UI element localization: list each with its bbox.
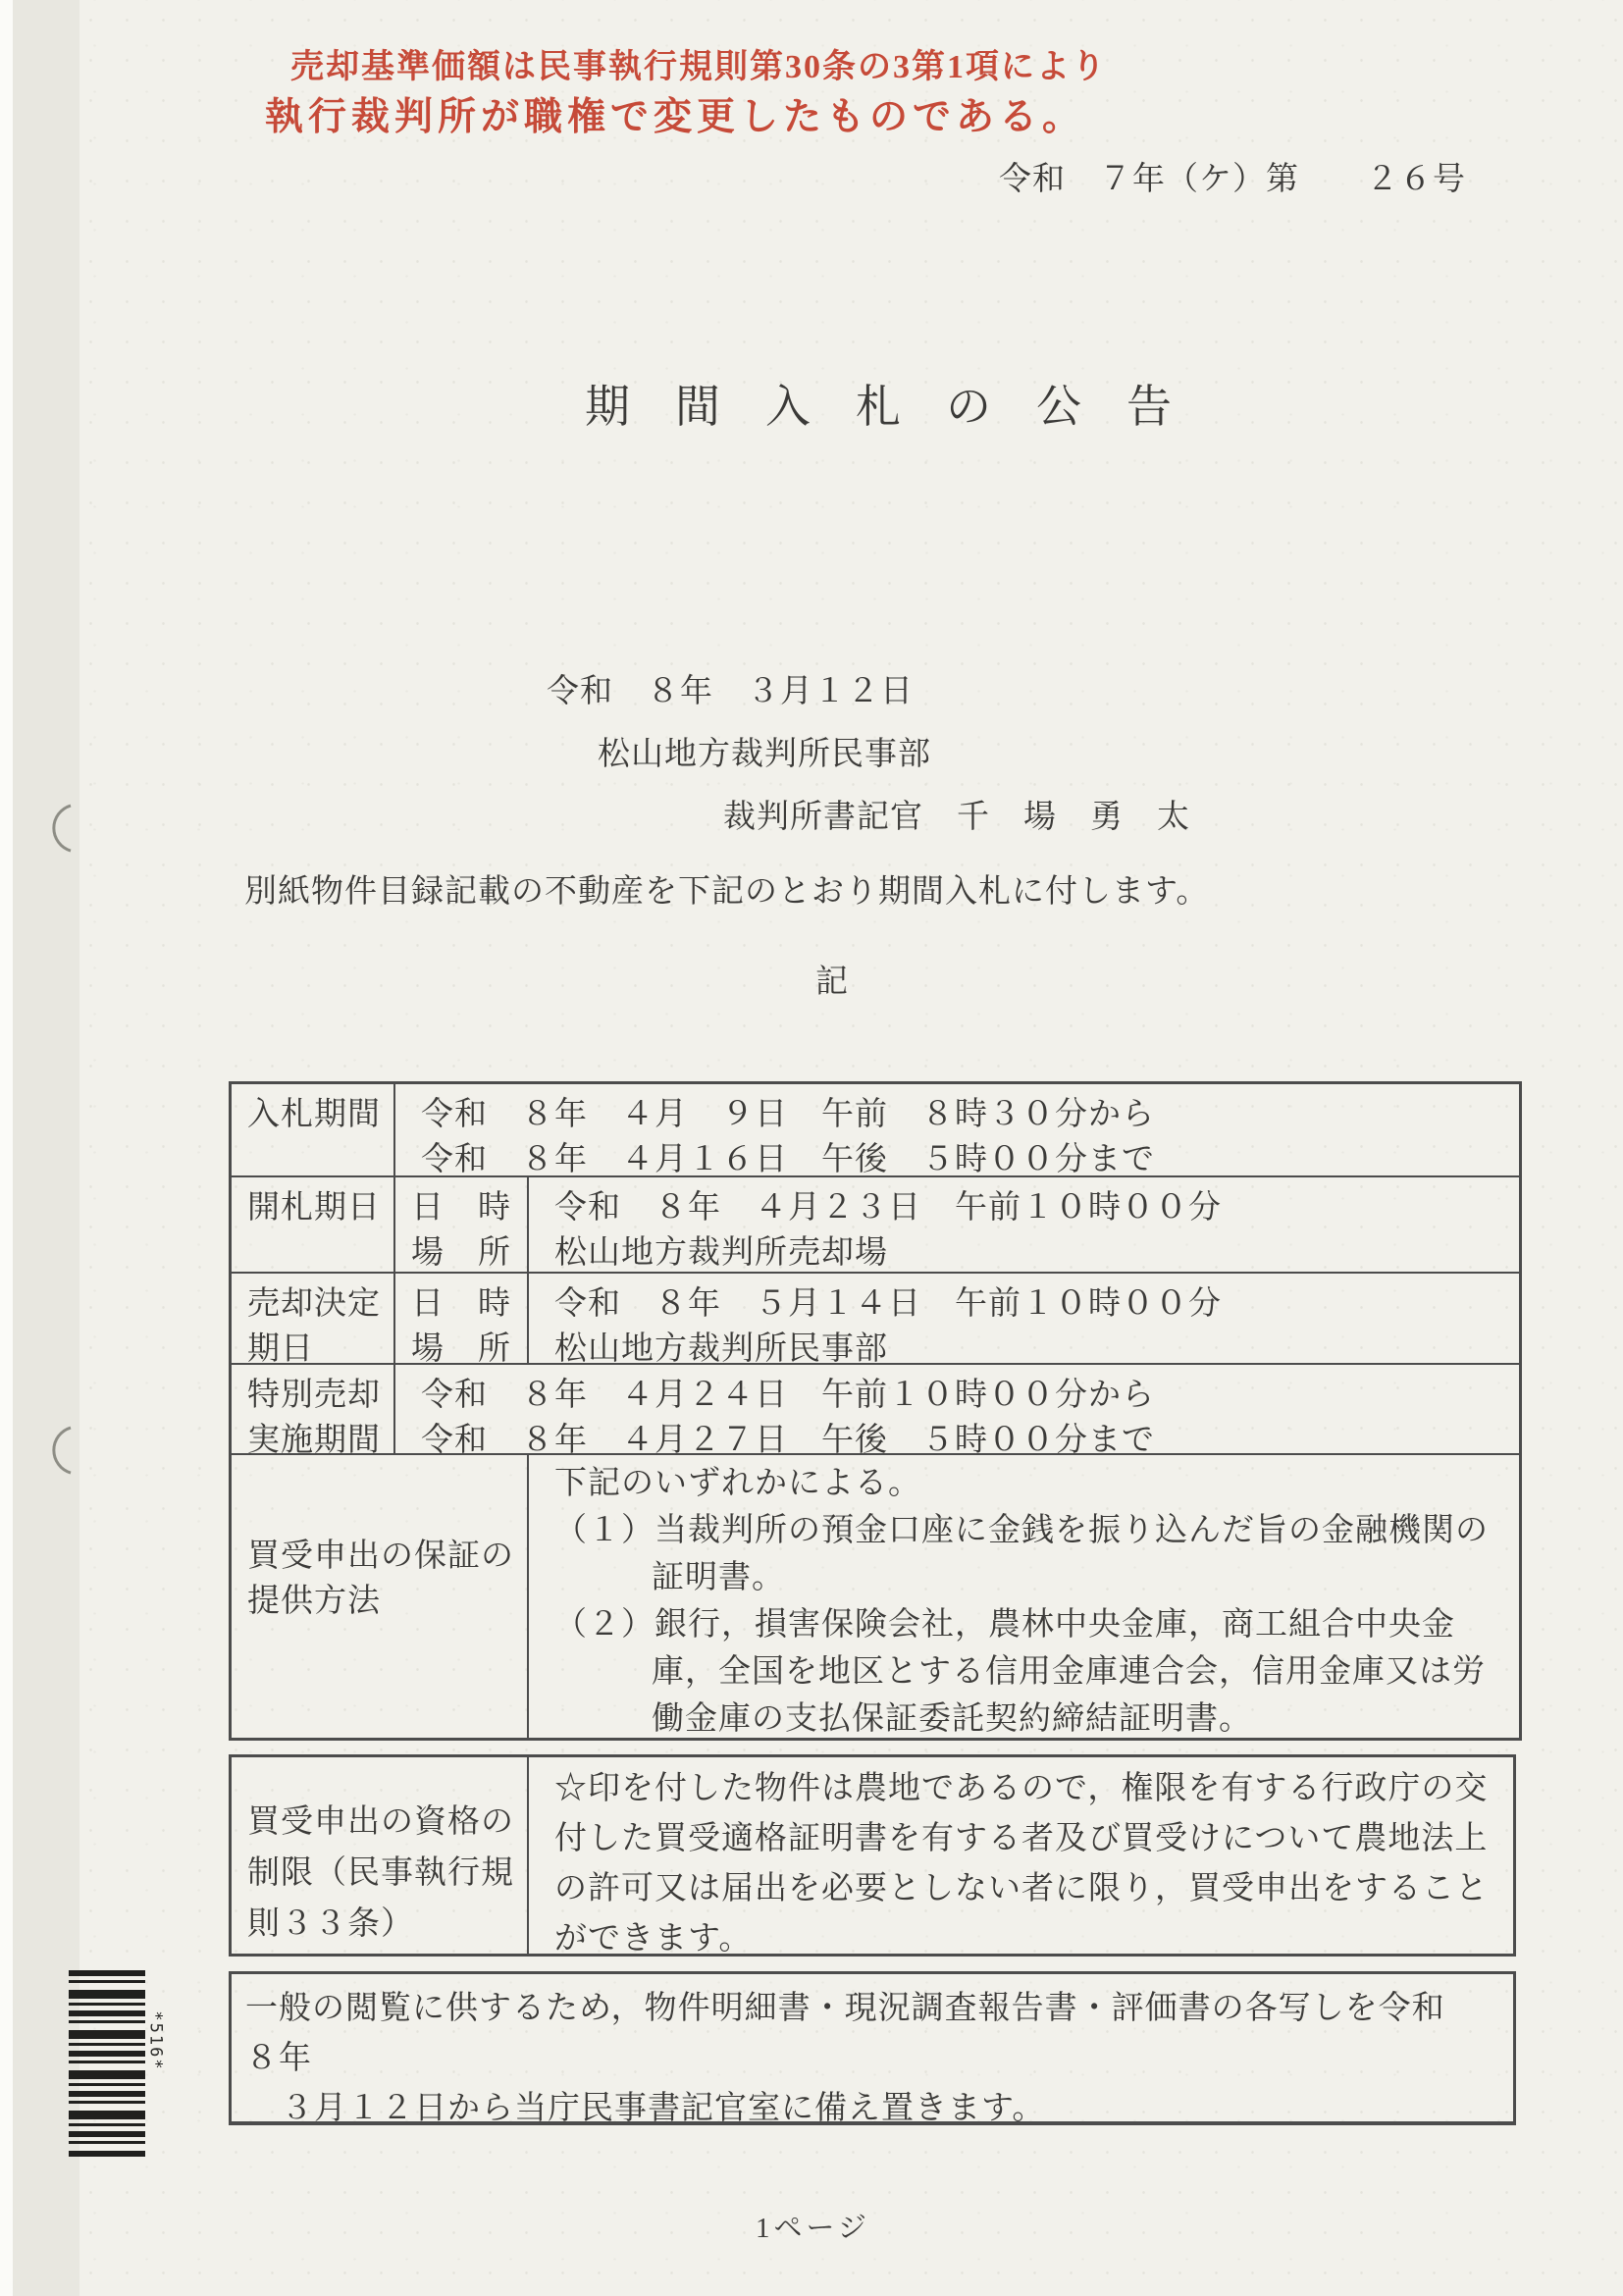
row-label: 入札期間 bbox=[232, 1084, 395, 1175]
section-marker-ki: 記 bbox=[815, 956, 849, 1002]
row-value: 令和 ８年 ４月 ９日 午前 ８時３０分から 令和 ８年 ４月１６日 午後 ５時… bbox=[395, 1084, 1519, 1175]
row-label: 特別売却 実施期間 bbox=[232, 1365, 395, 1453]
table-row-guarantee-method: 買受申出の保証の 提供方法 下記のいずれかによる。 （１）当裁判所の預金口座に金… bbox=[232, 1453, 1519, 1738]
document-title: 期 間 入 札 の 公 告 bbox=[585, 371, 1172, 436]
qualification-text: ☆印を付した物件は農地であるので，権限を有する行政庁の交付した買受適格証明書を有… bbox=[554, 1764, 1499, 1964]
scan-edge-white bbox=[0, 0, 13, 2296]
opening-datetime: 令和 ８年 ４月２３日 午前１０時００分 bbox=[554, 1185, 1511, 1230]
qualification-label-1: 買受申出の資格の bbox=[247, 1797, 523, 1848]
row-label-text: 開札期日 bbox=[247, 1185, 390, 1230]
notice-line-1: 一般の閲覧に供するため，物件明細書・現況調査報告書・評価書の各写しを令和 ８年 bbox=[245, 1984, 1499, 2084]
table-row-sale-decision: 売却決定 期日 日 時 場 所 令和 ８年 ５月１４日 午前１０時００分 松山地… bbox=[232, 1272, 1519, 1363]
row-label-text: 入札期間 bbox=[247, 1092, 390, 1137]
page-edge-shading bbox=[13, 0, 79, 2296]
table-row-special-sale: 特別売却 実施期間 令和 ８年 ４月２４日 午前１０時００分から 令和 ８年 ４… bbox=[232, 1363, 1519, 1453]
qualification-restriction-box: 買受申出の資格の 制限（民事執行規 則３３条） ☆印を付した物件は農地であるので… bbox=[229, 1754, 1516, 1957]
row-label-text-1: 買受申出の保証の bbox=[247, 1534, 523, 1579]
page-number: 1ページ bbox=[756, 2206, 870, 2246]
qualification-label-2: 制限（民事執行規 bbox=[247, 1848, 523, 1899]
red-stamp-line-2: 執行裁判所が職権で変更したものである。 bbox=[265, 86, 1085, 141]
datetime-key: 日 時 bbox=[395, 1185, 527, 1230]
row-label: 開札期日 bbox=[232, 1177, 395, 1272]
issuing-department: 松山地方裁判所民事部 bbox=[598, 728, 931, 774]
place-key: 場 所 bbox=[395, 1230, 527, 1276]
row-label-text-2: 提供方法 bbox=[247, 1579, 523, 1624]
row-value: 令和 ８年 ４月２３日 午前１０時００分 松山地方裁判所売却場 bbox=[529, 1177, 1519, 1272]
row-label-text-1: 売却決定 bbox=[247, 1281, 390, 1327]
row-label: 売却決定 期日 bbox=[232, 1274, 395, 1363]
row-value: 令和 ８年 ４月２４日 午前１０時００分から 令和 ８年 ４月２７日 午後 ５時… bbox=[395, 1365, 1519, 1453]
punch-hole-bottom bbox=[37, 1425, 88, 1476]
court-clerk-name: 裁判所書記官 千 場 勇 太 bbox=[723, 791, 1190, 837]
barcode bbox=[69, 1970, 145, 2157]
subcolumn-keys: 日 時 場 所 bbox=[395, 1177, 529, 1272]
special-sale-start: 令和 ８年 ４月２４日 午前１０時００分から bbox=[421, 1373, 1511, 1418]
issuance-date: 令和 ８年 ３月１２日 bbox=[547, 665, 914, 711]
red-stamp-line-1: 売却基準価額は民事執行規則第30条の3第1項により bbox=[290, 39, 1107, 87]
row-label-text-1: 特別売却 bbox=[247, 1373, 390, 1418]
row-label: 買受申出の資格の 制限（民事執行規 則３３条） bbox=[232, 1757, 529, 1954]
row-value: ☆印を付した物件は農地であるので，権限を有する行政庁の交付した買受適格証明書を有… bbox=[529, 1757, 1513, 1954]
table-row-bid-period: 入札期間 令和 ８年 ４月 ９日 午前 ８時３０分から 令和 ８年 ４月１６日 … bbox=[232, 1084, 1519, 1175]
opening-place: 松山地方裁判所売却場 bbox=[554, 1230, 1511, 1276]
guarantee-item-1: （１）当裁判所の預金口座に金銭を振り込んだ旨の金融機関の証明書。 bbox=[554, 1507, 1505, 1601]
scanned-court-document: 売却基準価額は民事執行規則第30条の3第1項により 執行裁判所が職権で変更したも… bbox=[0, 0, 1623, 2296]
row-value: 下記のいずれかによる。 （１）当裁判所の預金口座に金銭を振り込んだ旨の金融機関の… bbox=[529, 1455, 1519, 1738]
intro-sentence: 別紙物件目録記載の不動産を下記のとおり期間入札に付します。 bbox=[244, 865, 1209, 912]
public-inspection-notice-box: 一般の閲覧に供するため，物件明細書・現況調査報告書・評価書の各写しを令和 ８年 … bbox=[229, 1971, 1516, 2125]
notice-line-2: ３月１２日から当庁民事書記官室に備え置きます。 bbox=[245, 2084, 1499, 2134]
case-number: 令和 ７年（ケ）第 ２６号 bbox=[999, 153, 1466, 199]
row-value: 令和 ８年 ５月１４日 午前１０時００分 松山地方裁判所民事部 bbox=[529, 1274, 1519, 1363]
decision-datetime: 令和 ８年 ５月１４日 午前１０時００分 bbox=[554, 1281, 1511, 1327]
datetime-key: 日 時 bbox=[395, 1281, 527, 1327]
qualification-label-3: 則３３条） bbox=[247, 1899, 523, 1950]
auction-schedule-table: 入札期間 令和 ８年 ４月 ９日 午前 ８時３０分から 令和 ８年 ４月１６日 … bbox=[229, 1081, 1522, 1741]
subcolumn-keys: 日 時 場 所 bbox=[395, 1274, 529, 1363]
guarantee-intro: 下記のいずれかによる。 bbox=[554, 1460, 1505, 1507]
table-row-opening-date: 開札期日 日 時 場 所 令和 ８年 ４月２３日 午前１０時００分 松山地方裁判… bbox=[232, 1175, 1519, 1272]
bid-period-start: 令和 ８年 ４月 ９日 午前 ８時３０分から bbox=[421, 1092, 1511, 1137]
row-label: 買受申出の保証の 提供方法 bbox=[232, 1455, 529, 1738]
guarantee-item-2: （２）銀行，損害保険会社，農林中央金庫，商工組合中央金庫，全国を地区とする信用金… bbox=[554, 1601, 1505, 1743]
bid-period-end: 令和 ８年 ４月１６日 午後 ５時００分まで bbox=[421, 1137, 1511, 1182]
punch-hole-top bbox=[37, 803, 88, 854]
barcode-label: *516* bbox=[146, 2010, 166, 2070]
